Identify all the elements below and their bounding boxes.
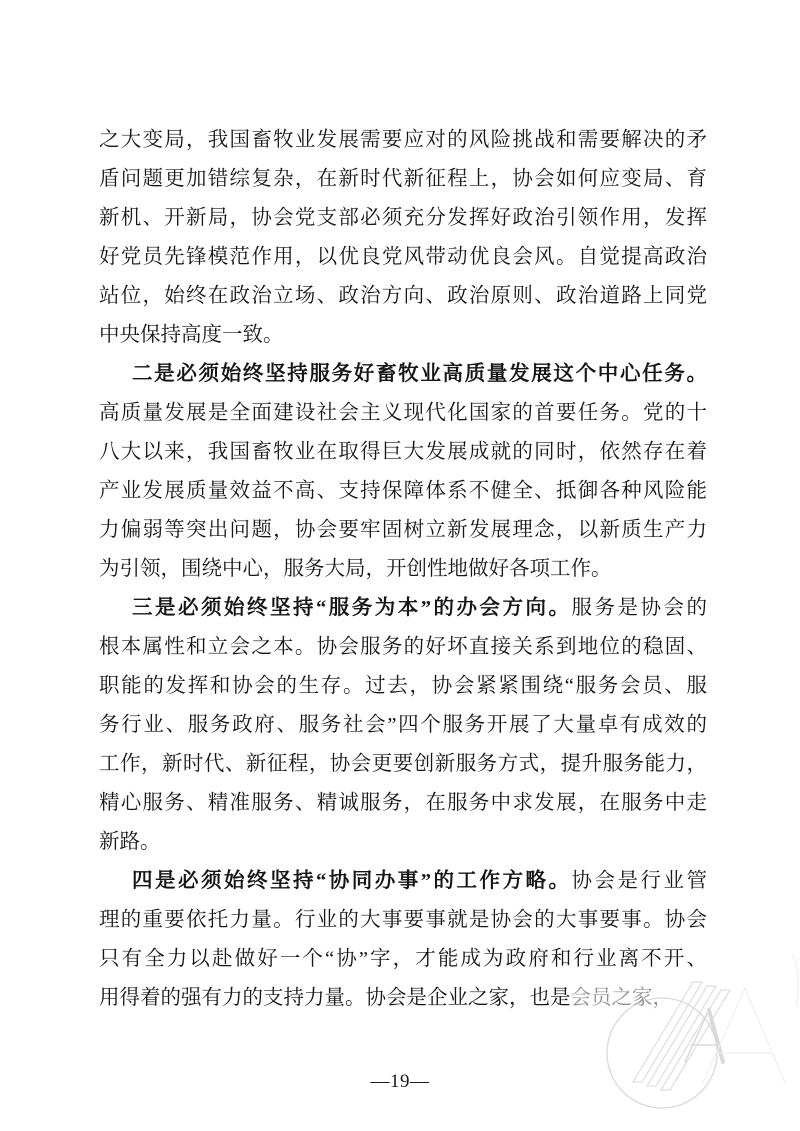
lead-bold-text: 四是必须始终坚持“协同办事”的工作方略。 bbox=[132, 870, 572, 892]
paragraph-4: 四是必须始终坚持“协同办事”的工作方略。协会是行业管 理的重要依托力量。行业的大… bbox=[99, 862, 707, 1018]
lead-bold-text: 三是必须始终坚持“服务为本”的办会方向。 bbox=[132, 597, 572, 619]
text-line: 新路。 bbox=[99, 823, 707, 862]
text-line: 只有全力以赴做好一个“协”字，才能成为政府和行业离不开、 bbox=[99, 940, 707, 979]
page-number: —19— bbox=[371, 1071, 430, 1092]
lead-rest-text: 协会是行业管 bbox=[572, 870, 708, 892]
text-run: 用得着的强有力的支持力量。协会是企业之家，也是 bbox=[99, 987, 571, 1009]
text-line: 中央保持高度一致。 bbox=[99, 316, 707, 355]
paragraph-lead-line: 二是必须始终坚持服务好畜牧业高质量发展这个中心任务。 bbox=[99, 355, 707, 394]
paragraph-3: 三是必须始终坚持“服务为本”的办会方向。服务是协会的 根本属性和立会之本。协会服… bbox=[99, 589, 707, 862]
text-line: 盾问题更加错综复杂，在新时代新征程上，协会如何应变局、育 bbox=[99, 160, 707, 199]
paragraph-2: 二是必须始终坚持服务好畜牧业高质量发展这个中心任务。 高质量发展是全面建设社会主… bbox=[99, 355, 707, 589]
faded-text-run: 会员之家， bbox=[571, 987, 674, 1009]
text-line: 产业发展质量效益不高、支持保障体系不健全、抵御各种风险能 bbox=[99, 472, 707, 511]
text-line: 站位，始终在政治立场、政治方向、政治原则、政治道路上同党 bbox=[99, 277, 707, 316]
text-line: 工作，新时代、新征程，协会更要创新服务方式，提升服务能力， bbox=[99, 745, 707, 784]
text-line: 好党员先锋模范作用，以优良党风带动优良会风。自觉提高政治 bbox=[99, 238, 707, 277]
paragraph-lead-line: 三是必须始终坚持“服务为本”的办会方向。服务是协会的 bbox=[99, 589, 707, 628]
text-line: 用得着的强有力的支持力量。协会是企业之家，也是会员之家， bbox=[99, 979, 707, 1018]
text-line: 八大以来，我国畜牧业在取得巨大发展成就的同时，依然存在着 bbox=[99, 433, 707, 472]
text-line: 力偏弱等突出问题，协会要牢固树立新发展理念，以新质生产力 bbox=[99, 511, 707, 550]
text-line: 职能的发挥和协会的生存。过去，协会紧紧围绕“服务会员、服 bbox=[99, 667, 707, 706]
page-footer: —19— bbox=[0, 1068, 800, 1096]
text-line: 理的重要依托力量。行业的大事要事就是协会的大事要事。协会 bbox=[99, 901, 707, 940]
paragraph-1: 之大变局，我国畜牧业发展需要应对的风险挑战和需要解决的矛 盾问题更加错综复杂，在… bbox=[99, 121, 707, 355]
paragraph-lead-line: 四是必须始终坚持“协同办事”的工作方略。协会是行业管 bbox=[99, 862, 707, 901]
text-line: 务行业、服务政府、服务社会”四个服务开展了大量卓有成效的 bbox=[99, 706, 707, 745]
text-line: 为引领，围绕中心，服务大局，开创性地做好各项工作。 bbox=[99, 550, 707, 589]
lead-rest-text: 服务是协会的 bbox=[572, 597, 708, 619]
text-line: 根本属性和立会之本。协会服务的好坏直接关系到地位的稳固、 bbox=[99, 628, 707, 667]
text-line: 精心服务、精准服务、精诚服务，在服务中求发展，在服务中走 bbox=[99, 784, 707, 823]
body-text: 之大变局，我国畜牧业发展需要应对的风险挑战和需要解决的矛 盾问题更加错综复杂，在… bbox=[99, 121, 707, 1018]
text-line: 高质量发展是全面建设社会主义现代化国家的首要任务。党的十 bbox=[99, 394, 707, 433]
text-line: 新机、开新局，协会党支部必须充分发挥好政治引领作用，发挥 bbox=[99, 199, 707, 238]
text-line: 之大变局，我国畜牧业发展需要应对的风险挑战和需要解决的矛 bbox=[99, 121, 707, 160]
document-page: 之大变局，我国畜牧业发展需要应对的风险挑战和需要解决的矛 盾问题更加错综复杂，在… bbox=[0, 0, 800, 1131]
